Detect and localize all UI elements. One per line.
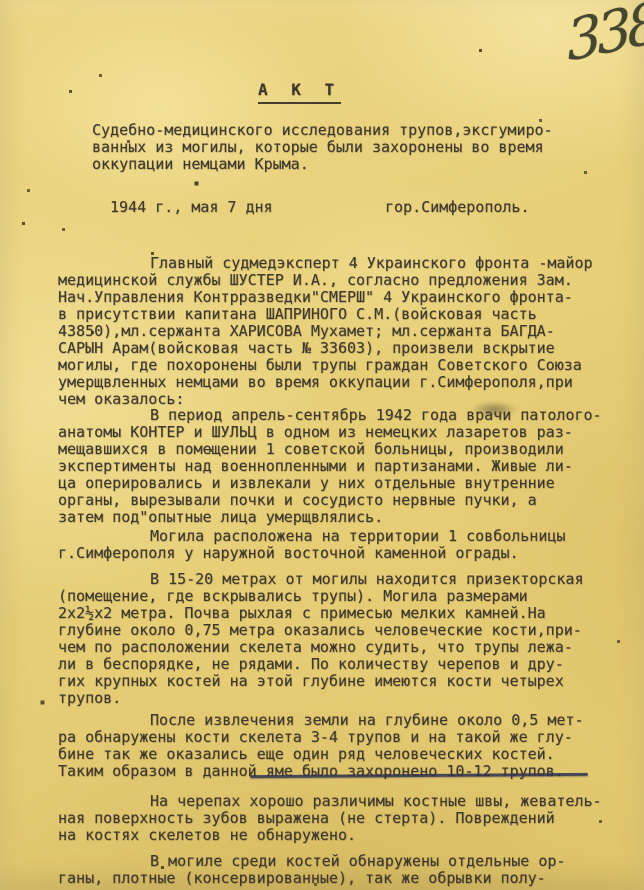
paragraph-organs-truncated: В могиле среди костей обнаружены отдельн… xyxy=(58,853,565,887)
paragraph-body-count: После извлечения земли на глубине около … xyxy=(58,712,583,780)
paragraph-preamble-commission: Главный судмедэксперт 4 Украинского фрон… xyxy=(58,255,593,408)
paragraph-grave-location: Могила расположена на территории 1 совбо… xyxy=(58,528,565,562)
document-title: А К Т xyxy=(258,80,341,104)
scanned-document-page: 338 А К Т Судебно-медицинского исследова… xyxy=(0,0,644,890)
paper-specks xyxy=(0,0,1,1)
paragraph-experiments: В период апрель-сентябрь 1942 года врачи… xyxy=(58,407,602,526)
handwritten-page-number: 338 xyxy=(565,0,644,75)
document-subtitle: Судебно-медицинского исследования трупов… xyxy=(92,122,553,173)
document-place: гор.Симферополь. xyxy=(385,199,530,216)
paragraph-grave-description: В 15-20 метрах от могилы находится призе… xyxy=(58,571,583,707)
paragraph-skulls: На черепах хорошо различимы костные швы,… xyxy=(58,793,602,844)
document-date: 1944 г., мая 7 дня xyxy=(110,199,273,216)
